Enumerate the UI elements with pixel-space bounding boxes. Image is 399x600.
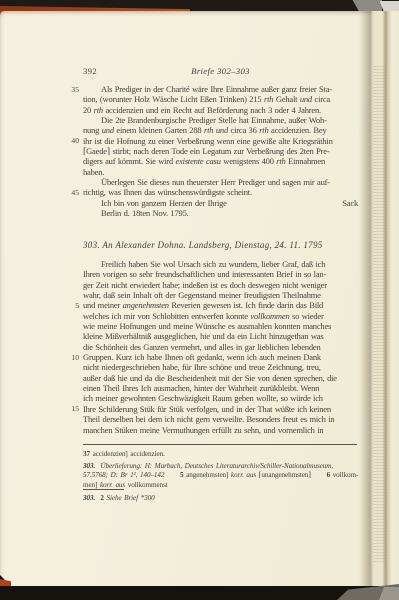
text-line: 57.5768; D: Br 1², 140–142 5 angenehmste…: [62, 471, 362, 481]
text-segment: ⌈unangenehmsten⌉: [256, 471, 327, 479]
text-line: manchen Stüken meine Vermuthungen erfüll…: [62, 425, 362, 435]
text-segment: korr. aus: [100, 481, 125, 489]
text-segment: accidenzien] accidenzien.: [90, 450, 165, 458]
text-segment: und meiner: [83, 300, 123, 310]
text-line: haben.: [62, 167, 362, 177]
text-segment: 303.: [83, 462, 95, 470]
text-line: Ich bin von ganzem Herzen der IhrigeSack: [62, 198, 362, 208]
text-segment: ich meiner gewohnten Geschwäzigkeit Raum…: [83, 393, 323, 403]
text-line: digers auf kömmt. Sie wird existente cas…: [62, 156, 362, 166]
text-segment: Überlegen Sie dieses nun theuerster Herr…: [101, 177, 330, 187]
text-segment: Siehe Brief *300: [107, 494, 155, 502]
text-line: Überlegen Sie dieses nun theuerster Herr…: [62, 177, 362, 187]
text-segment: nicht niedergeschrieben habe, für Ihre s…: [83, 362, 321, 372]
text-segment: und: [102, 125, 114, 135]
text-segment: Ich bin von ganzem Herzen der Ihrige: [101, 198, 227, 208]
text-line: 45richtig, was Ihnen das wünschenswürdig…: [62, 187, 362, 197]
footnote-divider-rule: [83, 489, 124, 490]
text-segment: nung: [83, 125, 102, 135]
text-segment: Einnahmen: [286, 156, 325, 166]
text-segment: ger Zeit nicht erwiedert habe; indeßen i…: [83, 280, 327, 290]
text-line: nicht niedergeschrieben habe, für Ihre s…: [62, 362, 362, 372]
text-segment: circa: [312, 94, 330, 104]
text-segment: Ihren vorigen so sehr freundschaftlichen…: [83, 269, 326, 279]
text-line: tion, (worunter Holz Wäsche Licht Eßen T…: [62, 94, 362, 104]
text-segment: rth: [259, 125, 268, 135]
text-segment: circa 36: [228, 125, 259, 135]
footnote-block: 303. 2 Siehe Brief *300: [62, 494, 362, 504]
text-segment: außer daß hie und da die Bescheidenheit …: [83, 373, 337, 383]
text-segment: Überlieferung: H: Marbach, Deutsches Lit…: [100, 462, 333, 470]
text-line: 37 accidenzien] accidenzien.: [62, 450, 362, 460]
text-line: 20 rth accidenzien und ein Recht auf Bef…: [62, 105, 362, 115]
text-line: kleine Mißverhältniß ausgeglichen, hie u…: [62, 331, 362, 341]
text-segment: tion, (worunter Holz Wäsche Licht Eßen T…: [83, 94, 264, 104]
text-line: 40ihr ist die Hofnung zu einer Verbeßrun…: [62, 136, 362, 146]
text-segment: Berlin d. 18ten Nov. 1795.: [101, 208, 189, 218]
text-segment: Reverien gewesen ist. Ich finde darin da…: [169, 300, 323, 310]
text-segment: 57.5768; D: Br 1², 140–142: [83, 471, 164, 479]
text-line: 35Als Prediger in der Charité wäre Ihre …: [62, 84, 362, 94]
text-segment: angenehmsten]: [184, 471, 231, 479]
text-segment: haben.: [83, 167, 104, 177]
text-segment: digers auf kömmt. Sie wird: [83, 156, 176, 166]
page-header: 392 Briefe 302–303: [62, 66, 358, 78]
book-page: 392 Briefe 302–303 35Als Prediger in der…: [0, 11, 399, 587]
letter-302-body: 35Als Prediger in der Charité wäre Ihre …: [62, 84, 362, 218]
text-segment: und: [216, 125, 228, 135]
text-segment: wahr, daß sein Inhalt oft der Gegenstand…: [83, 290, 321, 300]
text-segment: angenehmsten: [123, 300, 169, 310]
text-segment: accidenzien. Bey: [269, 125, 327, 135]
text-line: 10Gruppen. Kurz ich habe Ihnen oft gedan…: [62, 352, 362, 362]
text-line: ich meiner gewohnten Geschwäzigkeit Raum…: [62, 393, 362, 403]
text-segment: so wieder: [290, 311, 324, 321]
text-segment: vollkommen: [250, 311, 289, 321]
text-segment: vollkom-: [330, 471, 358, 479]
signature-name: Sack: [342, 198, 358, 208]
text-segment: kleine Mißverhältniß ausgeglichen, hie u…: [83, 331, 323, 341]
text-line: Freilich haben Sie wol Ursach sich zu wu…: [62, 259, 362, 269]
text-line: ger Zeit nicht erwiedert habe; indeßen i…: [62, 280, 362, 290]
scanner-background-bottom: [0, 586, 399, 600]
letter-303-body: Freilich haben Sie wol Ursach sich zu wu…: [62, 259, 362, 435]
text-segment: rth: [204, 125, 213, 135]
text-segment: ⌈Gaede⌉ stirbt; nach deren Tode ein Lega…: [83, 146, 329, 156]
book-scan: 392 Briefe 302–303 35Als Prediger in der…: [0, 0, 399, 600]
text-segment: 37: [83, 450, 90, 458]
text-line: einen Theil Ihres Ich ausmachen, hinter …: [62, 383, 362, 393]
text-line: 303. 2 Siehe Brief *300: [62, 494, 362, 504]
text-segment: und: [300, 94, 312, 104]
text-line: welches ich mir von Schlobitten entwerfe…: [62, 311, 362, 321]
text-segment: [164, 471, 180, 479]
text-line: ⌈Gaede⌉ stirbt; nach deren Tode ein Lega…: [62, 146, 362, 156]
text-line: wie meine Hofnungen und meine Wünsche es…: [62, 321, 362, 331]
text-segment: Gehalt: [273, 94, 300, 104]
text-segment: wie meine Hofnungen und meine Wünsche es…: [83, 321, 331, 331]
text-line: Berlin d. 18ten Nov. 1795.: [62, 208, 362, 218]
text-segment: Theil derselben bei dem ich nicht gern v…: [83, 414, 334, 424]
text-segment: Ihre Schilderung Stük für Stük verfolgen…: [83, 404, 331, 414]
text-segment: accidenzien und ein Recht auf Beförderun…: [103, 105, 321, 115]
apparatus-divider-rule: [83, 444, 357, 445]
text-segment: einem kleinen Garten 288: [114, 125, 204, 135]
letter-303-heading: 303. An Alexander Dohna. Landsberg, Dien…: [83, 240, 359, 251]
text-segment: korr. aus: [231, 471, 256, 479]
text-segment: richtig, was Ihnen das wünschenswürdigst…: [83, 187, 252, 197]
text-segment: rth: [264, 94, 273, 104]
text-segment: 303.: [83, 494, 95, 502]
text-segment: vollkommenst: [125, 481, 168, 489]
text-segment: manchen Stüken meine Vermuthungen erfüll…: [83, 425, 323, 435]
apparatus-block: 37 accidenzien] accidenzien.303. Überlie…: [62, 450, 362, 490]
text-segment: ihr ist die Hofnung zu einer Verbeßrung …: [83, 136, 333, 146]
text-line: nung und einem kleinen Garten 288 rth un…: [62, 125, 362, 135]
text-line: wahr, daß sein Inhalt oft der Gegenstand…: [62, 290, 362, 300]
text-segment: Die 2te Brandenburgische Prediger Stelle…: [101, 115, 327, 125]
text-line: 15Ihre Schilderung Stük für Stük verfolg…: [62, 404, 362, 414]
text-line: Die 2te Brandenburgische Prediger Stelle…: [62, 115, 362, 125]
text-segment: existente casu: [176, 156, 221, 166]
text-line: 303. Überlieferung: H: Marbach, Deutsche…: [62, 462, 362, 472]
text-segment: welches ich mir von Schlobitten entwerfe…: [83, 311, 250, 321]
text-segment: Freilich haben Sie wol Ursach sich zu wu…: [101, 259, 325, 269]
text-line: die Schönheit des Ganzen vermehrt, und a…: [62, 342, 362, 352]
text-segment: rth: [94, 105, 103, 115]
text-segment: wenigstens 400: [221, 156, 277, 166]
text-segment: Als Prediger in der Charité wäre Ihre Ei…: [101, 84, 332, 94]
text-segment: Gruppen. Kurz ich habe Ihnen oft gedankt…: [83, 352, 321, 362]
running-header: Briefe 302–303: [83, 66, 358, 76]
text-segment: rth: [276, 156, 285, 166]
text-segment: einen Theil Ihres Ich ausmachen, hinter …: [83, 383, 319, 393]
text-line: Theil derselben bei dem ich nicht gern v…: [62, 414, 362, 424]
text-line: außer daß hie und da die Bescheidenheit …: [62, 373, 362, 383]
text-line: 5und meiner angenehmsten Reverien gewese…: [62, 300, 362, 310]
text-segment: men]: [83, 481, 100, 489]
text-segment: die Schönheit des Ganzen vermehrt, und a…: [83, 342, 321, 352]
text-segment: 20: [83, 105, 94, 115]
text-line: Ihren vorigen so sehr freundschaftlichen…: [62, 269, 362, 279]
